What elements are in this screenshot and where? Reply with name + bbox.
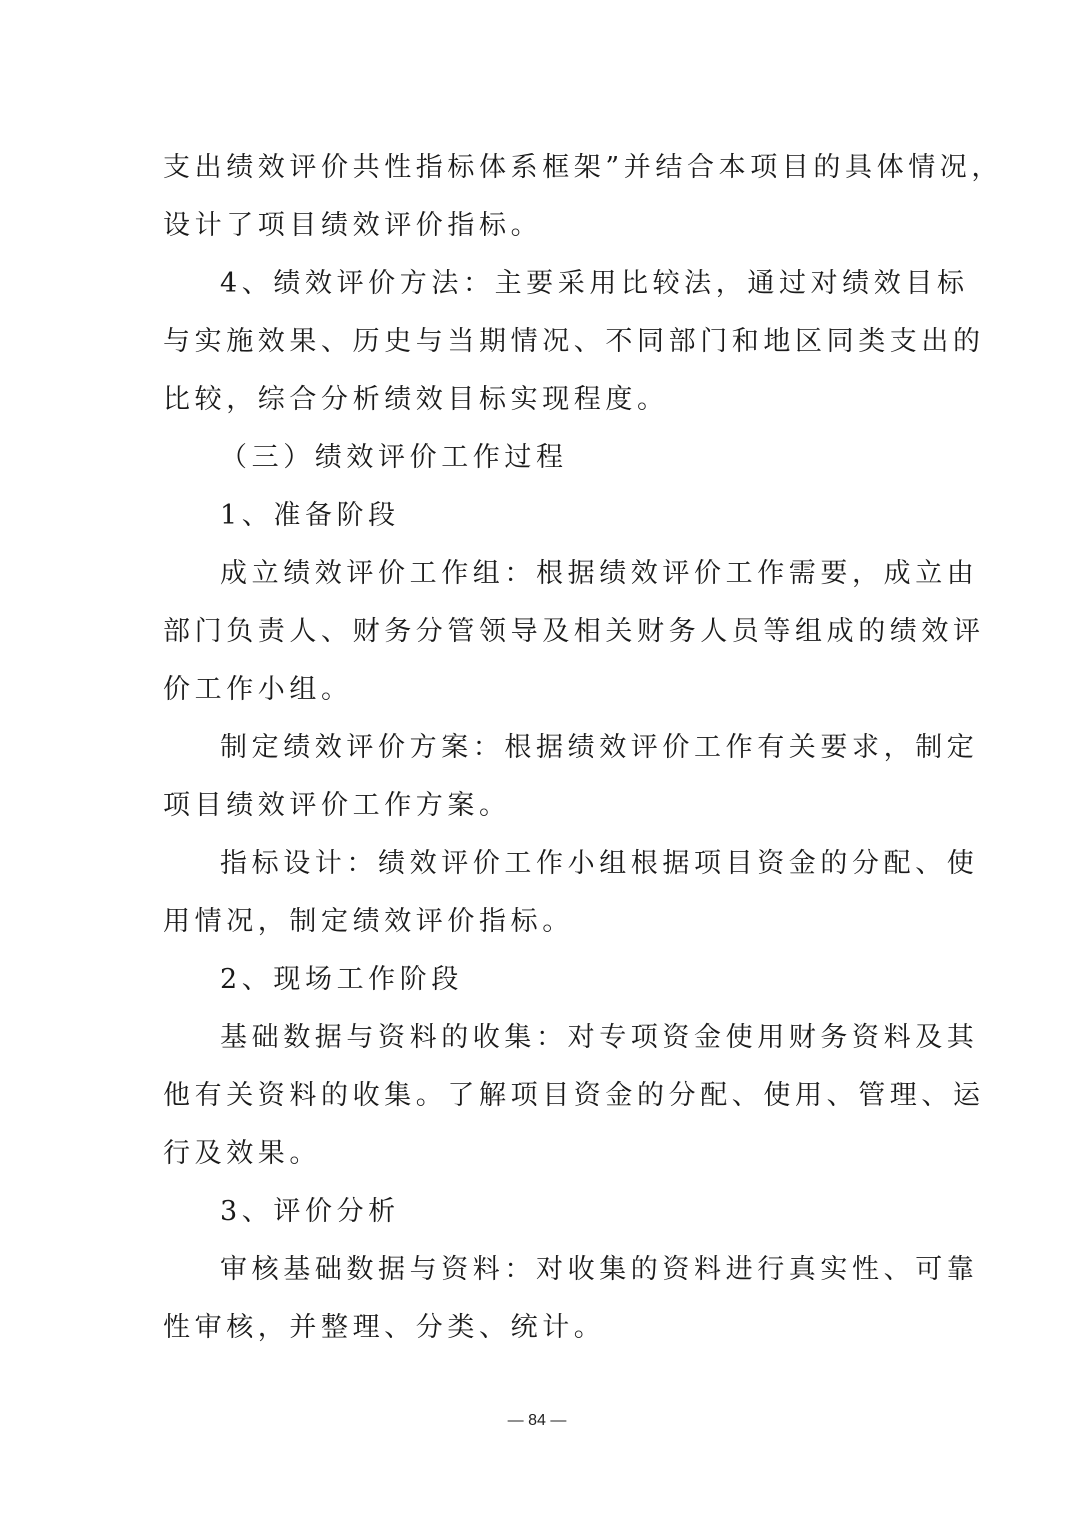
text-line: 部门负责人、财务分管领导及相关财务人员等组成的绩效评 xyxy=(163,616,985,648)
text-line: 比较，综合分析绩效目标实现程度。 xyxy=(163,384,669,416)
text-line: 4、绩效评价方法：主要采用比较法，通过对绩效目标 xyxy=(220,268,969,300)
text-line: 基础数据与资料的收集：对专项资金使用财务资料及其 xyxy=(220,1022,978,1054)
text-line: 3、评价分析 xyxy=(220,1196,400,1228)
text-line: 设计了项目绩效评价指标。 xyxy=(163,210,542,242)
text-line: 1、准备阶段 xyxy=(220,500,400,532)
text-line: 审核基础数据与资料：对收集的资料进行真实性、可靠 xyxy=(220,1254,978,1286)
text-line: 与实施效果、历史与当期情况、不同部门和地区同类支出的 xyxy=(163,326,985,358)
page-number: — 84 — xyxy=(0,1412,1074,1430)
text-line: 成立绩效评价工作组：根据绩效评价工作需要，成立由 xyxy=(220,558,978,590)
document-page: 支出绩效评价共性指标体系框架”并结合本项目的具体情况，设计了项目绩效评价指标。4… xyxy=(0,0,1074,1520)
text-line: 制定绩效评价方案：根据绩效评价工作有关要求，制定 xyxy=(220,732,978,764)
text-line: （三）绩效评价工作过程 xyxy=(220,442,568,474)
text-line: 性审核，并整理、分类、统计。 xyxy=(163,1312,605,1344)
text-line: 支出绩效评价共性指标体系框架”并结合本项目的具体情况， xyxy=(163,152,1003,184)
text-line: 用情况，制定绩效评价指标。 xyxy=(163,906,574,938)
text-line: 他有关资料的收集。了解项目资金的分配、使用、管理、运 xyxy=(163,1080,985,1112)
text-line: 项目绩效评价工作方案。 xyxy=(163,790,511,822)
text-line: 价工作小组。 xyxy=(163,674,353,706)
text-line: 指标设计：绩效评价工作小组根据项目资金的分配、使 xyxy=(220,848,978,880)
text-line: 2、现场工作阶段 xyxy=(220,964,463,996)
text-line: 行及效果。 xyxy=(163,1138,321,1170)
